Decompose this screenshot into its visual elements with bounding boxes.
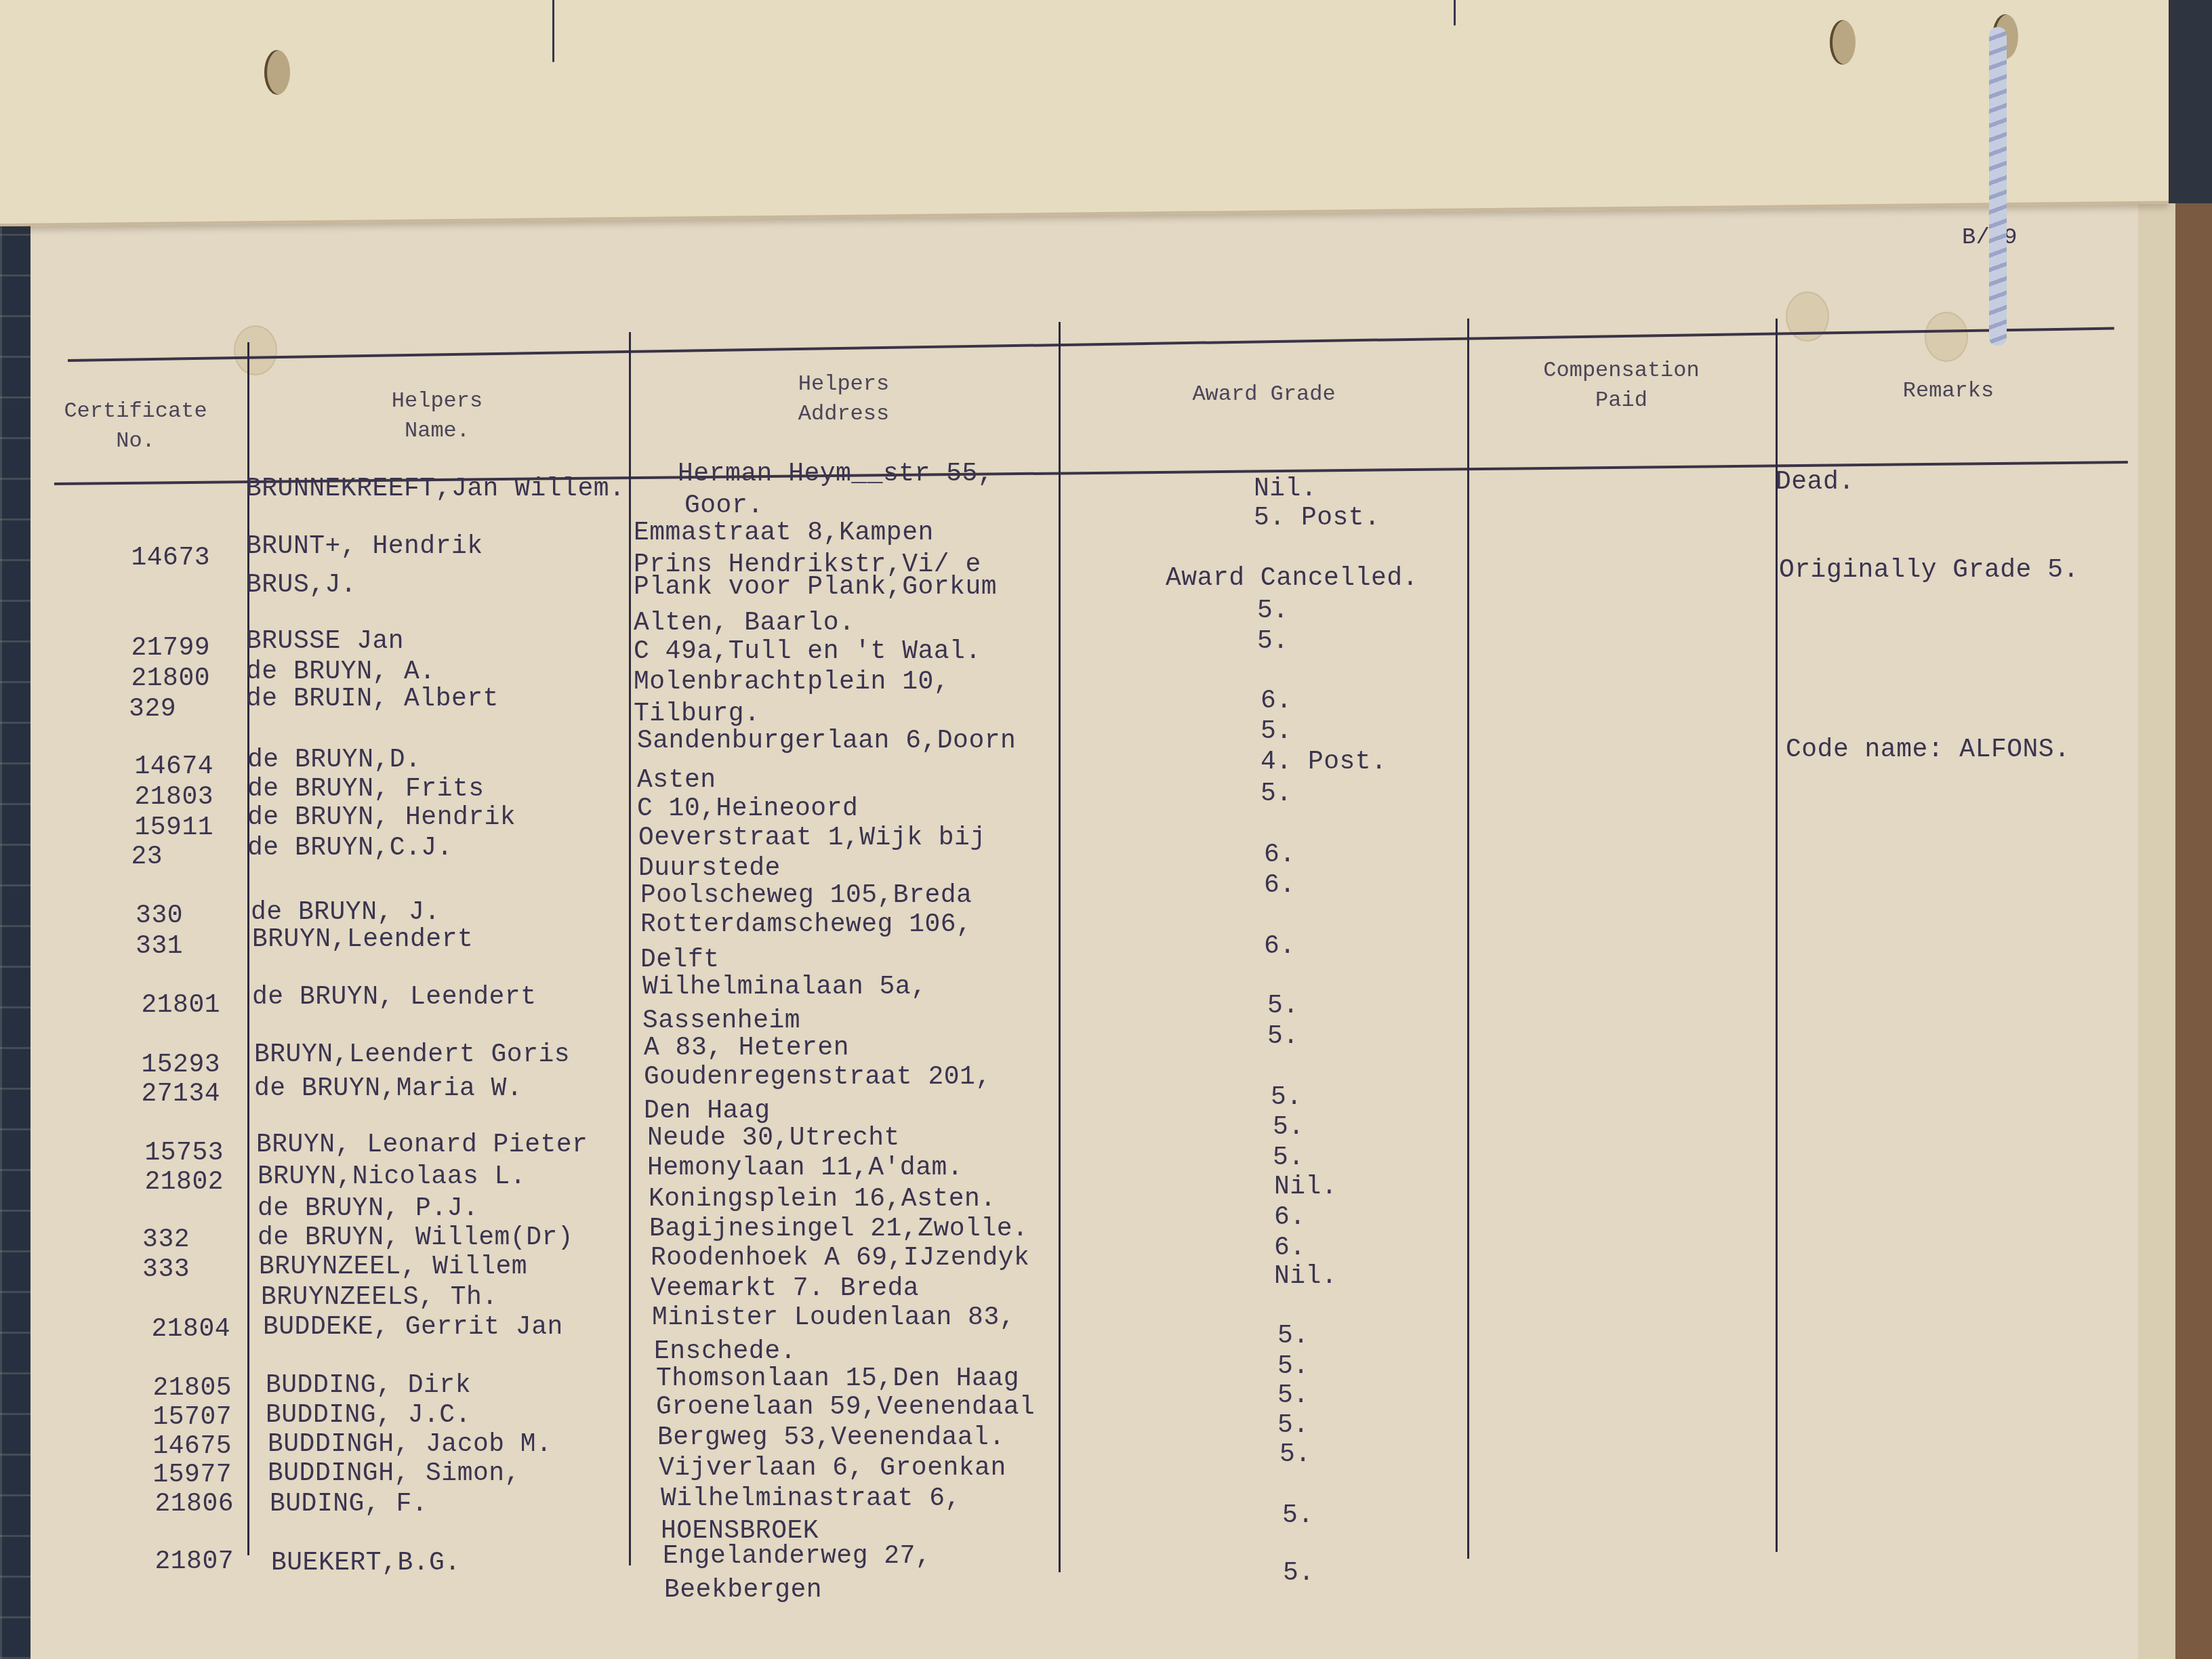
award-grade: 5. bbox=[1277, 1411, 1309, 1441]
helper-address: Groenelaan 59,Veenendaal bbox=[656, 1393, 1035, 1422]
award-grade: 5. bbox=[1277, 1352, 1309, 1382]
remark: Originally Grade 5. bbox=[1779, 556, 2079, 586]
header-award-grade: Award Grade bbox=[1064, 380, 1464, 409]
helper-address: Molenbrachtplein 10, bbox=[634, 668, 949, 697]
column-divider bbox=[629, 332, 631, 1565]
helper-address: Bergweg 53,Veenendaal. bbox=[657, 1423, 1005, 1453]
certificate-number: 23 bbox=[10, 842, 163, 872]
helper-address: Bagijnesingel 21,Zwolle. bbox=[649, 1214, 1028, 1244]
header-line: Remarks bbox=[1779, 376, 2118, 406]
helper-name: BRUNT+, Hendrik bbox=[246, 532, 483, 562]
column-divider bbox=[1467, 319, 1469, 1559]
award-grade: 6. bbox=[1261, 687, 1292, 716]
award-grade: 5. bbox=[1257, 596, 1289, 626]
award-grade: 5. Post. bbox=[1254, 504, 1380, 533]
certificate-number: 14673 bbox=[54, 544, 210, 573]
helper-address: Wilhelminastraat 6, bbox=[661, 1484, 961, 1514]
helper-address: Vijverlaan 6, Groenkan bbox=[659, 1454, 1006, 1483]
certificate-number: 21802 bbox=[68, 1168, 224, 1197]
helper-address: Plank voor Plank,Gorkum bbox=[634, 573, 997, 602]
helper-address: Den Haag bbox=[644, 1097, 770, 1126]
certificate-number: 14674 bbox=[58, 752, 213, 782]
award-grade: 5. bbox=[1261, 717, 1292, 747]
header-line: Address bbox=[634, 399, 1054, 429]
certificate-number: 14675 bbox=[76, 1432, 232, 1462]
previous-sheet bbox=[0, 0, 2169, 226]
header-compensation: Compensation Paid bbox=[1471, 356, 1772, 415]
helper-name: de BRUYN, Willem(Dr) bbox=[258, 1223, 573, 1253]
helper-name: BUEKERT,B.G. bbox=[271, 1549, 461, 1578]
award-grade: 6. bbox=[1264, 932, 1296, 962]
award-grade: 5. bbox=[1267, 1022, 1299, 1052]
column-line-fragment bbox=[1454, 0, 1456, 26]
certificate-number: 21805 bbox=[76, 1374, 232, 1404]
header-name: Helpers Name. bbox=[251, 386, 623, 446]
award-grade: Nil. bbox=[1274, 1262, 1337, 1292]
helper-address: Sandenburgerlaan 6,Doorn bbox=[637, 726, 1016, 756]
helper-name: BRUNNEKREEFT,Jan Willem. bbox=[246, 474, 625, 504]
certificate-number: 15911 bbox=[58, 813, 213, 843]
helper-name: BUDING, F. bbox=[270, 1490, 428, 1519]
helper-address: Minister Loudenlaan 83, bbox=[652, 1303, 1015, 1333]
award-grade: 5. bbox=[1257, 627, 1289, 657]
award-grade: 4. Post. bbox=[1261, 747, 1387, 777]
certificate-number: 21803 bbox=[58, 783, 213, 813]
helper-address: Koningsplein 16,Asten. bbox=[649, 1185, 996, 1214]
certificate-number: 21806 bbox=[78, 1490, 234, 1519]
helper-address: Neude 30,Utrecht bbox=[647, 1124, 900, 1153]
helper-name: de BRUIN, Albert bbox=[246, 684, 499, 714]
helper-name: BRUYN,Leendert Goris bbox=[254, 1040, 570, 1070]
helper-address: C 10,Heineoord bbox=[637, 794, 858, 824]
helper-address: Delft bbox=[640, 945, 720, 975]
award-grade: Nil. bbox=[1274, 1172, 1337, 1202]
certificate-number: 333 bbox=[34, 1255, 190, 1285]
helper-address: C 49a,Tull en 't Waal. bbox=[634, 637, 981, 667]
header-line: Award Grade bbox=[1064, 380, 1464, 409]
award-grade: 5. bbox=[1273, 1113, 1305, 1143]
helper-name: BRUYNZEELS, Th. bbox=[261, 1283, 498, 1313]
award-grade: Award Cancelled. bbox=[1166, 564, 1418, 594]
certificate-number: 21807 bbox=[78, 1547, 234, 1577]
certificate-number: 329 bbox=[34, 695, 176, 724]
certificate-number: 15977 bbox=[76, 1460, 232, 1490]
punch-hole bbox=[234, 325, 277, 375]
helper-address: Goor. bbox=[684, 491, 764, 521]
helper-name: de BRUYN, P.J. bbox=[258, 1194, 478, 1224]
award-grade: 5. bbox=[1283, 1559, 1315, 1589]
helper-name: BRUS,J. bbox=[246, 571, 356, 600]
helper-name: BUDDING, J.C. bbox=[266, 1401, 471, 1431]
certificate-number: 27134 bbox=[64, 1080, 220, 1109]
header-certificate: Certificate No. bbox=[54, 396, 217, 456]
certificate-number: 15753 bbox=[68, 1139, 224, 1168]
award-grade: 5. bbox=[1277, 1322, 1309, 1351]
header-address: Helpers Address bbox=[634, 369, 1054, 429]
helper-address: Poolscheweg 105,Breda bbox=[640, 881, 972, 911]
header-remarks: Remarks bbox=[1779, 376, 2118, 406]
award-grade: 5. bbox=[1261, 779, 1292, 809]
helper-address: Veemarkt 7. Breda bbox=[651, 1274, 919, 1304]
award-grade: 5. bbox=[1282, 1501, 1314, 1531]
award-grade: 5. bbox=[1271, 1083, 1303, 1113]
header-line: Helpers bbox=[251, 386, 623, 416]
helper-address: Emmastraat 8,Kampen bbox=[634, 518, 934, 548]
award-grade: 5. bbox=[1277, 1381, 1309, 1411]
certificate-number: 332 bbox=[34, 1225, 190, 1255]
award-grade: 6. bbox=[1274, 1233, 1306, 1263]
remark: Code name: ALFONS. bbox=[1786, 735, 2070, 765]
helper-address: Asten bbox=[637, 766, 716, 796]
certificate-number: 15707 bbox=[76, 1403, 232, 1433]
helper-address: Thomsonlaan 15,Den Haag bbox=[656, 1364, 1019, 1394]
helper-address: Rotterdamscheweg 106, bbox=[640, 910, 972, 940]
award-grade: 6. bbox=[1264, 871, 1296, 901]
helper-name: BUDDINGH, Jacob M. bbox=[268, 1430, 552, 1460]
helper-name: BRUYN,Nicolaas L. bbox=[258, 1162, 526, 1192]
helper-name: BUDDEKE, Gerrit Jan bbox=[263, 1313, 563, 1343]
helper-name: BUDDING, Dirk bbox=[266, 1371, 471, 1401]
punch-hole bbox=[1830, 20, 1856, 64]
column-divider bbox=[1059, 322, 1061, 1572]
column-divider bbox=[247, 342, 249, 1555]
helper-name: BRUSSE Jan bbox=[246, 627, 404, 657]
column-line-fragment bbox=[552, 0, 554, 62]
helper-name: de BRUYN, Leendert bbox=[252, 983, 536, 1012]
helper-address: A 83, Heteren bbox=[644, 1033, 849, 1063]
certificate-number: 21799 bbox=[54, 634, 210, 663]
certificate-number: 15293 bbox=[64, 1050, 220, 1080]
award-grade: 5. bbox=[1267, 991, 1299, 1021]
award-grade: 6. bbox=[1274, 1203, 1306, 1233]
helper-name: de BRUYN, Frits bbox=[247, 775, 485, 804]
helper-address: Duurstede bbox=[638, 854, 781, 884]
helper-name: BRUYN,Leendert bbox=[252, 925, 473, 955]
header-line: No. bbox=[54, 426, 217, 456]
certificate-number: 21804 bbox=[75, 1315, 230, 1345]
header-line: Paid bbox=[1471, 386, 1772, 415]
remark: Dead. bbox=[1776, 468, 1855, 497]
header-line: Certificate bbox=[54, 396, 217, 426]
helper-address: Enschede. bbox=[654, 1337, 796, 1367]
helper-name: de BRUYN, Hendrik bbox=[247, 803, 516, 833]
helper-name: BUDDINGH, Simon, bbox=[268, 1459, 520, 1489]
certificate-number: 330 bbox=[27, 901, 183, 931]
helper-address: Roodenhoek A 69,IJzendyk bbox=[651, 1244, 1029, 1273]
helper-address: Sassenheim bbox=[642, 1006, 800, 1036]
helper-address: Goudenregenstraat 201, bbox=[644, 1063, 991, 1092]
helper-name: de BRUYN,D. bbox=[247, 745, 421, 775]
helper-name: de BRUYN, A. bbox=[246, 657, 436, 687]
helper-name: de BRUYN,C.J. bbox=[247, 834, 453, 863]
certificate-number: 21801 bbox=[64, 991, 220, 1021]
helper-address: Tilburg. bbox=[634, 699, 760, 729]
helper-name: BRUYNZEEL, Willem bbox=[259, 1252, 527, 1282]
award-grade: Nil. bbox=[1254, 474, 1317, 504]
column-divider bbox=[1776, 319, 1778, 1552]
header-line: Compensation bbox=[1471, 356, 1772, 386]
helper-address: Wilhelminalaan 5a, bbox=[642, 972, 926, 1002]
binding-string bbox=[1989, 27, 2007, 346]
helper-address: Alten, Baarlo. bbox=[634, 609, 855, 638]
helper-address: Beekbergen bbox=[664, 1576, 822, 1605]
helper-name: de BRUYN,Maria W. bbox=[254, 1074, 523, 1104]
header-line: Helpers bbox=[634, 369, 1054, 399]
helper-address: Engelanderweg 27, bbox=[663, 1542, 931, 1572]
punch-hole bbox=[264, 50, 290, 95]
award-grade: 5. bbox=[1273, 1143, 1305, 1173]
underlying-page-edge bbox=[2135, 203, 2175, 1659]
certificate-number: 331 bbox=[27, 932, 183, 962]
helper-name: de BRUYN, J. bbox=[251, 898, 441, 928]
helper-name: BRUYN, Leonard Pieter bbox=[256, 1130, 588, 1160]
helper-address: Hemonylaan 11,A'dam. bbox=[647, 1153, 963, 1183]
helper-address: Herman Heym__str 55, bbox=[678, 459, 994, 489]
award-grade: 5. bbox=[1279, 1440, 1311, 1470]
award-grade: 6. bbox=[1264, 840, 1296, 870]
header-line: Name. bbox=[251, 416, 623, 446]
certificate-number: 21800 bbox=[54, 664, 210, 694]
punch-hole bbox=[1925, 312, 1968, 362]
helper-address: Oeverstraat 1,Wijk bij bbox=[638, 823, 986, 853]
